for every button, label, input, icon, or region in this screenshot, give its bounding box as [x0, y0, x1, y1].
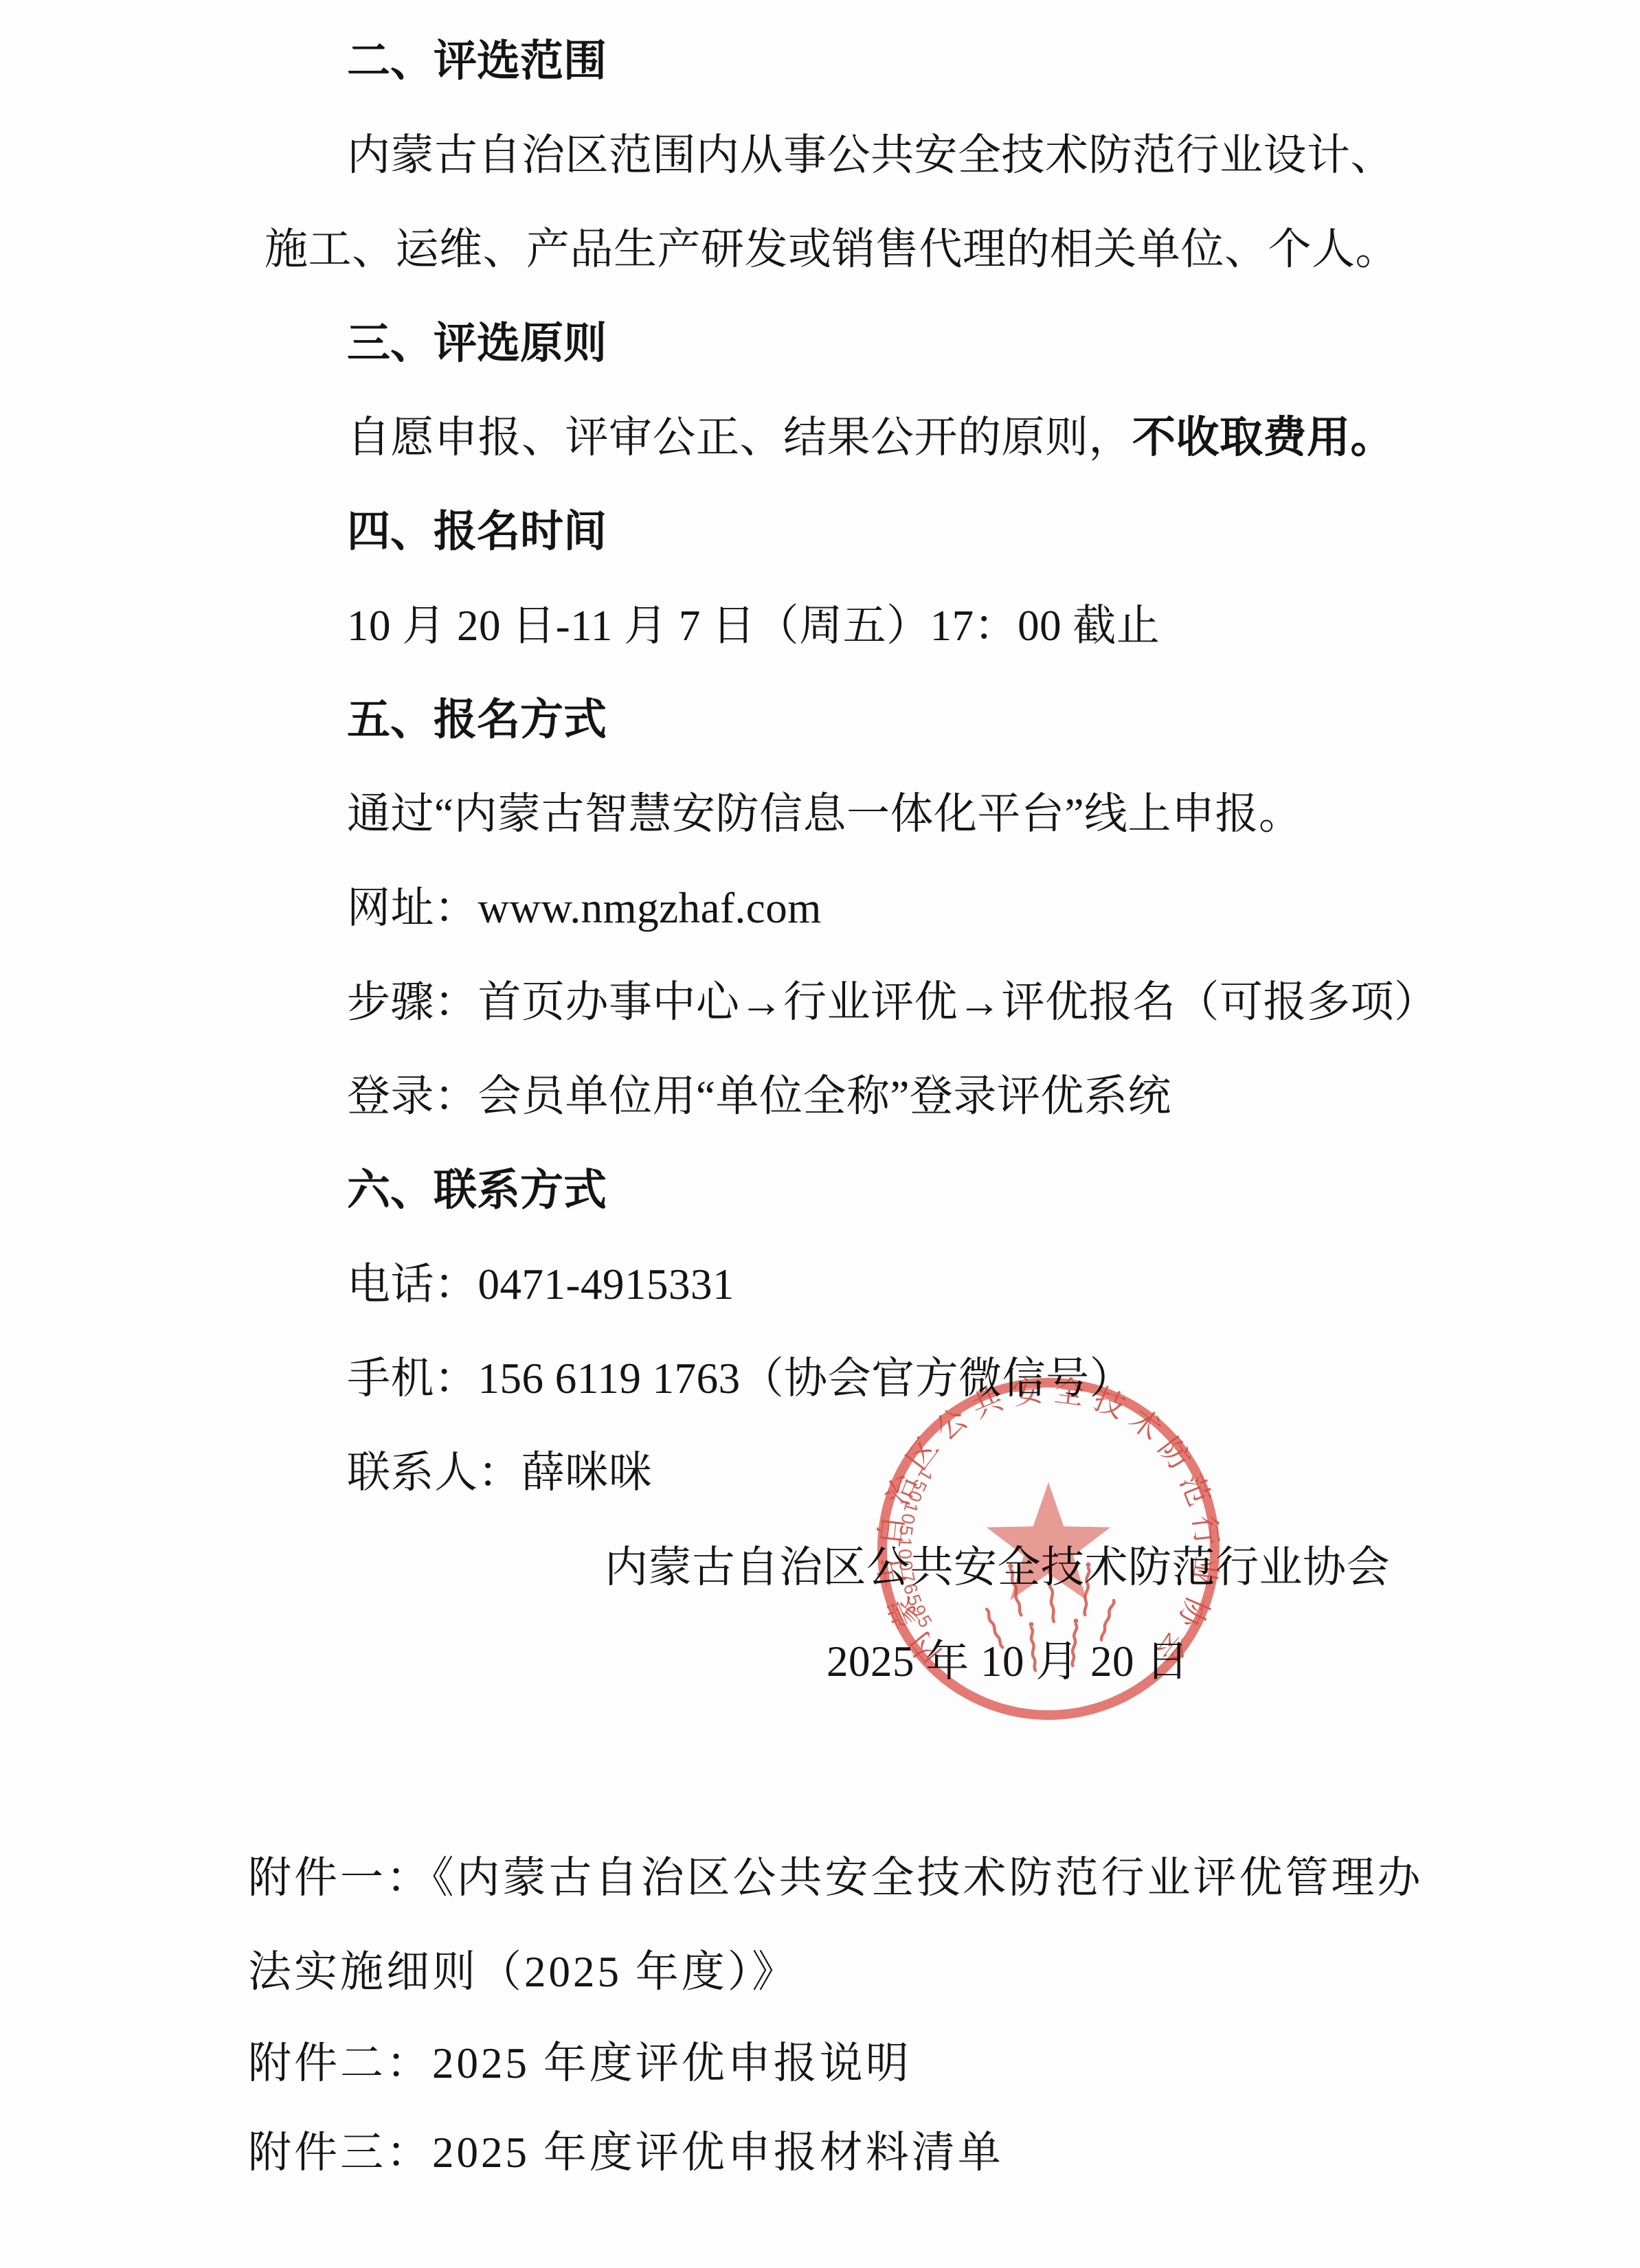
signature-date: 2025 年 10 月 20 日: [827, 1638, 1189, 1686]
document-page: 二、评选范围 内蒙古自治区范围内从事公共安全技术防范行业设计、 施工、运维、产品…: [0, 0, 1640, 2268]
body-line-mobile: 手机：156 6119 1763（协会官方微信号）: [347, 1355, 1133, 1403]
body-line: 自愿申报、评审公正、结果公开的原则，不收取费用。: [347, 414, 1394, 462]
signature-org: 内蒙古自治区公共安全技术防范行业协会: [605, 1544, 1390, 1591]
body-line: 内蒙古自治区范围内从事公共安全技术防范行业设计、: [347, 132, 1394, 179]
principle-text: 自愿申报、评审公正、结果公开的原则，: [347, 413, 1132, 462]
attachment-line: 附件二：2025 年度评优申报说明: [248, 2040, 912, 2087]
body-line: 施工、运维、产品生产研发或销售代理的相关单位、个人。: [265, 226, 1399, 273]
section-heading: 四、报名时间: [347, 508, 607, 556]
principle-text-emphasis: 不收取费用。: [1132, 413, 1394, 462]
attachment-line: 法实施细则（2025 年度）》: [248, 1949, 798, 1996]
body-line-phone: 电话：0471-4915331: [347, 1261, 734, 1308]
section-heading: 五、报名方式: [347, 696, 607, 744]
body-line: 10 月 20 日-11 月 7 日（周五）17：00 截止: [347, 602, 1160, 650]
attachment-line: 附件三：2025 年度评优申报材料清单: [248, 2129, 1004, 2177]
seal-org-text-holder: 内蒙古自治区公共安全技术防范行业协会: [873, 1374, 1224, 1670]
body-line: 登录：会员单位用“单位全称”登录评优系统: [347, 1073, 1171, 1120]
body-line: 步骤：首页办事中心→行业评优→评优报名（可报多项）: [347, 979, 1438, 1026]
seal-org-text: 内蒙古自治区公共安全技术防范行业协会: [873, 1374, 1224, 1670]
section-heading: 二、评选范围: [347, 38, 607, 85]
section-heading: 六、联系方式: [347, 1167, 607, 1214]
body-line-contact: 联系人：薛咪咪: [347, 1449, 653, 1497]
body-line-website: 网址：www.nmgzhaf.com: [347, 885, 822, 932]
body-line: 通过“内蒙古智慧安防信息一体化平台”线上申报。: [347, 791, 1302, 838]
attachment-line: 附件一：《内蒙古自治区公共安全技术防范行业评优管理办: [248, 1855, 1424, 1902]
section-heading: 三、评选原则: [347, 320, 607, 367]
